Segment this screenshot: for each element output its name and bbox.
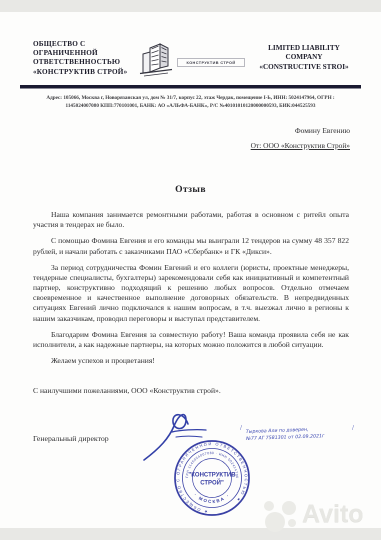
paragraph-4: Благодарим Фомина Евгения за совместную … [33,330,349,350]
company-logo-buildings-icon [138,42,176,83]
stamp-center-line2: СТРОЙ" [200,479,224,487]
company-en-line2: COMPANY [246,53,362,62]
avito-logo-icon [260,497,302,535]
letterhead-divider [20,85,361,89]
avito-watermark: Avito [260,497,372,535]
company-en-line3: «CONSTRUCTIVE STROI» [246,63,362,72]
company-logo-text: КОНСТРУКТИВ СТРОЙ [177,58,245,67]
power-of-attorney-note: Тыркова Али по доверен, №77 АГ 7581301 о… [246,425,358,443]
company-round-stamp: ★ ОБЩЕСТВО С ОГРАНИЧЕННОЙ ОТВЕТСТВЕННОСТ… [172,438,252,523]
letter-title: Отзыв [0,184,381,195]
company-en-line1: LIMITED LIABILITY [246,44,362,53]
company-requisites: Адрес: 105066, Москва г, Новорязанская у… [23,94,358,110]
stamp-city-text: · МОСКВА · [193,492,231,504]
avito-watermark-text: Avito [302,500,364,529]
svg-text:· МОСКВА ·: · МОСКВА · [193,492,231,504]
pen-mark-right: / [352,424,354,432]
company-name-ru: ОБЩЕСТВО С ОГРАНИЧЕННОЙ ОТВЕТСТВЕННОСТЬЮ… [33,40,135,77]
pen-mark-left: / [240,424,242,432]
stamp-center-line1: "КОНСТРУКТИВ [188,473,236,479]
address-line2: 1145024007080 КПП:770101001, БАНК: АО «А… [23,102,358,110]
signer-position: Генеральный директор [33,434,109,443]
paragraph-2: С помощью Фомина Евгения и его команды м… [33,236,349,256]
address-line1: Адрес: 105066, Москва г, Новорязанская у… [23,94,358,102]
letter-body: Наша компания занимается ремонтными рабо… [33,210,349,402]
paragraph-3: За период сотрудничества Фомин Евгений и… [33,263,349,324]
sender-line: От: ООО «Конструктив Строй» [160,141,350,150]
closing-line: С наилучшими пожеланиями, ООО «Конструкт… [33,386,349,396]
photo-top-edge [0,0,381,12]
scanned-letter: ОБЩЕСТВО С ОГРАНИЧЕННОЙ ОТВЕТСТВЕННОСТЬЮ… [0,0,381,540]
recipient-name: Фомину Евгению [180,126,350,135]
paragraph-1: Наша компания занимается ремонтными рабо… [33,210,349,230]
paragraph-5: Желаем успехов и процветания! [33,356,349,366]
company-name-en: LIMITED LIABILITY COMPANY «CONSTRUCTIVE … [246,44,362,72]
